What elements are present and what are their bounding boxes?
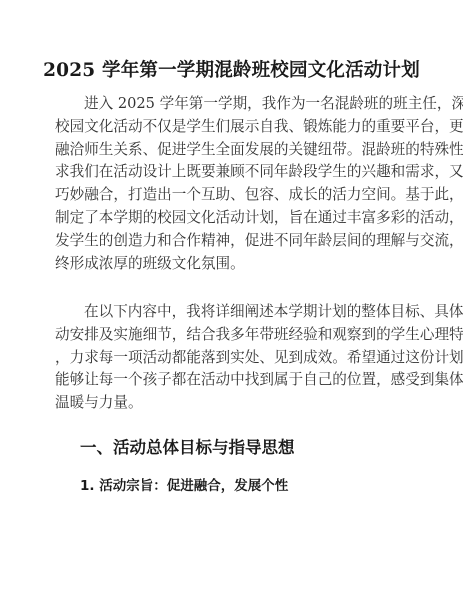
paragraph-line: 求我们在活动设计上既要兼顾不同年龄段学生的兴趣和需求，又要 [55, 161, 407, 184]
paragraph-line: 融洽师生关系、促进学生全面发展的关键纽带。混龄班的特殊性要 [55, 139, 407, 162]
paragraph-line: 制定了本学期的校园文化活动计划，旨在通过丰富多彩的活动，激 [55, 207, 407, 230]
paragraph-line: 在以下内容中，我将详细阐述本学期计划的整体目标、具体活 [55, 301, 407, 324]
document-title: 2025 学年第一学期混龄班校园文化活动计划 [0, 56, 463, 82]
paragraph-line: 巧妙融合，打造出一个互助、包容、成长的活力空间。基于此，我 [55, 184, 407, 207]
intro-paragraph-2: 在以下内容中，我将详细阐述本学期计划的整体目标、具体活 动安排及实施细节，结合我… [55, 301, 407, 415]
paragraph-line: 发学生的创造力和合作精神，促进不同年龄层间的理解与交流，最 [55, 230, 407, 253]
section-heading: 一、活动总体目标与指导思想 [80, 434, 295, 458]
document-page: 2025 学年第一学期混龄班校园文化活动计划 进入 2025 学年第一学期，我作… [0, 0, 463, 600]
paragraph-line: 动安排及实施细节，结合我多年带班经验和观察到的学生心理特点 [55, 324, 407, 347]
paragraph-line: 能够让每一个孩子都在活动中找到属于自己的位置，感受到集体的 [55, 369, 407, 392]
paragraph-line: 校园文化活动不仅是学生们展示自我、锻炼能力的重要平台，更是 [55, 116, 407, 139]
paragraph-line: ，力求每一项活动都能落到实处、见到成效。希望通过这份计划， [55, 347, 407, 370]
subsection-heading: 1. 活动宗旨：促进融合，发展个性 [80, 474, 288, 494]
paragraph-line: 进入 2025 学年第一学期，我作为一名混龄班的班主任，深感 [55, 93, 407, 116]
paragraph-line: 终形成浓厚的班级文化氛围。 [55, 253, 407, 276]
intro-paragraph-1: 进入 2025 学年第一学期，我作为一名混龄班的班主任，深感 校园文化活动不仅是… [55, 93, 407, 275]
paragraph-line: 温暖与力量。 [55, 392, 407, 415]
